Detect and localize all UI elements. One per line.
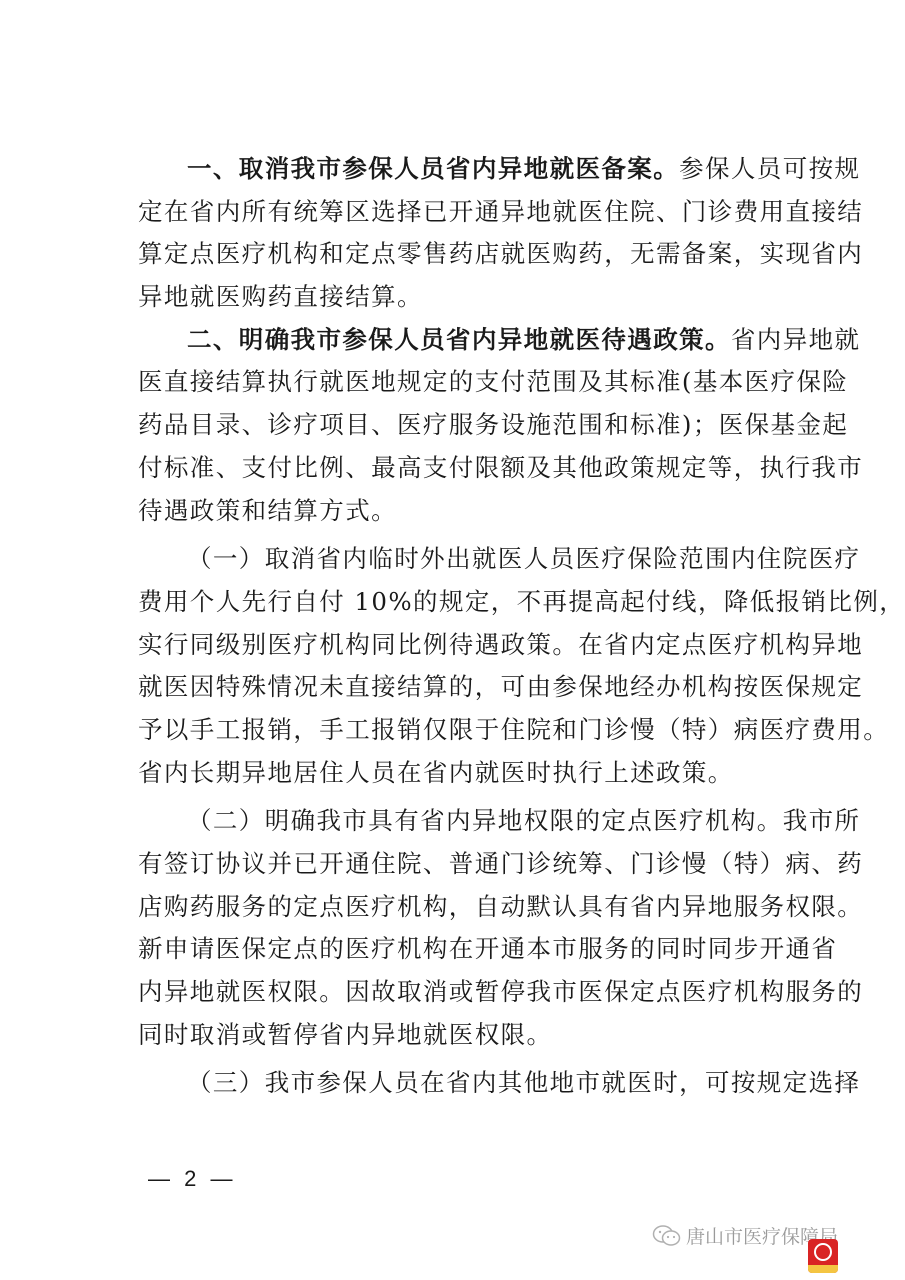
paragraph-3-line-1: （一）取消省内临时外出就医人员医疗保险范围内住院医疗 [138, 538, 798, 581]
document-page: 一、取消我市参保人员省内异地就医备案。参保人员可按规 定在省内所有统筹区选择已开… [0, 0, 905, 1280]
wechat-icon [652, 1224, 682, 1248]
paragraph-4-line-6: 同时取消或暂停省内异地就医权限。 [138, 1014, 798, 1057]
paragraph-4-line-5: 内异地就医权限。因故取消或暂停我市医保定点医疗机构服务的 [138, 971, 798, 1014]
section-heading-2: 二、明确我市参保人员省内异地就医待遇政策。 [187, 325, 731, 354]
paragraph-4-line-4: 新申请医保定点的医疗机构在开通本市服务的同时同步开通省 [138, 928, 798, 971]
document-body: 一、取消我市参保人员省内异地就医备案。参保人员可按规 定在省内所有统筹区选择已开… [138, 148, 798, 1105]
paragraph-2-line-4: 付标准、支付比例、最高支付限额及其他政策规定等，执行我市 [138, 447, 798, 490]
paragraph-3-line-6: 省内长期异地居住人员在省内就医时执行上述政策。 [138, 752, 798, 795]
paragraph-3-line-4: 就医因特殊情况未直接结算的，可由参保地经办机构按医保规定 [138, 666, 798, 709]
page-number: — 2 — [148, 1166, 236, 1192]
paragraph-1-line-2: 定在省内所有统筹区选择已开通异地就医住院、门诊费用直接结 [138, 191, 798, 234]
paragraph-1-line-1: 一、取消我市参保人员省内异地就医备案。参保人员可按规 [138, 148, 798, 191]
paragraph-3-line-2: 费用个人先行自付 10%的规定，不再提高起付线，降低报销比例， [138, 581, 798, 624]
paragraph-4-line-1: （二）明确我市具有省内异地权限的定点医疗机构。我市所 [138, 800, 798, 843]
paragraph-1-line-4: 异地就医购药直接结算。 [138, 276, 798, 319]
section-heading-1: 一、取消我市参保人员省内异地就医备案。 [187, 154, 679, 183]
paragraph-4-line-3: 店购药服务的定点医疗机构，自动默认具有省内异地服务权限。 [138, 886, 798, 929]
paragraph-5-line-1: （三）我市参保人员在省内其他地市就医时，可按规定选择 [138, 1062, 798, 1105]
paragraph-2-line-2: 医直接结算执行就医地规定的支付范围及其标准(基本医疗保险 [138, 361, 798, 404]
paragraph-2-line-5: 待遇政策和结算方式。 [138, 490, 798, 533]
paragraph-3-line-3: 实行同级别医疗机构同比例待遇政策。在省内定点医疗机构异地 [138, 624, 798, 667]
paragraph-3-line-5: 予以手工报销，手工报销仅限于住院和门诊慢（特）病医疗费用。 [138, 709, 798, 752]
paragraph-4-line-2: 有签订协议并已开通住院、普通门诊统筹、门诊慢（特）病、药 [138, 843, 798, 886]
paragraph-1-line-3: 算定点医疗机构和定点零售药店就医购药，无需备案，实现省内 [138, 233, 798, 276]
paragraph-2-line-3: 药品目录、诊疗项目、医疗服务设施范围和标准)；医保基金起 [138, 404, 798, 447]
paragraph-2-line-1: 二、明确我市参保人员省内异地就医待遇政策。省内异地就 [138, 319, 798, 362]
logo-badge-icon [808, 1239, 838, 1273]
